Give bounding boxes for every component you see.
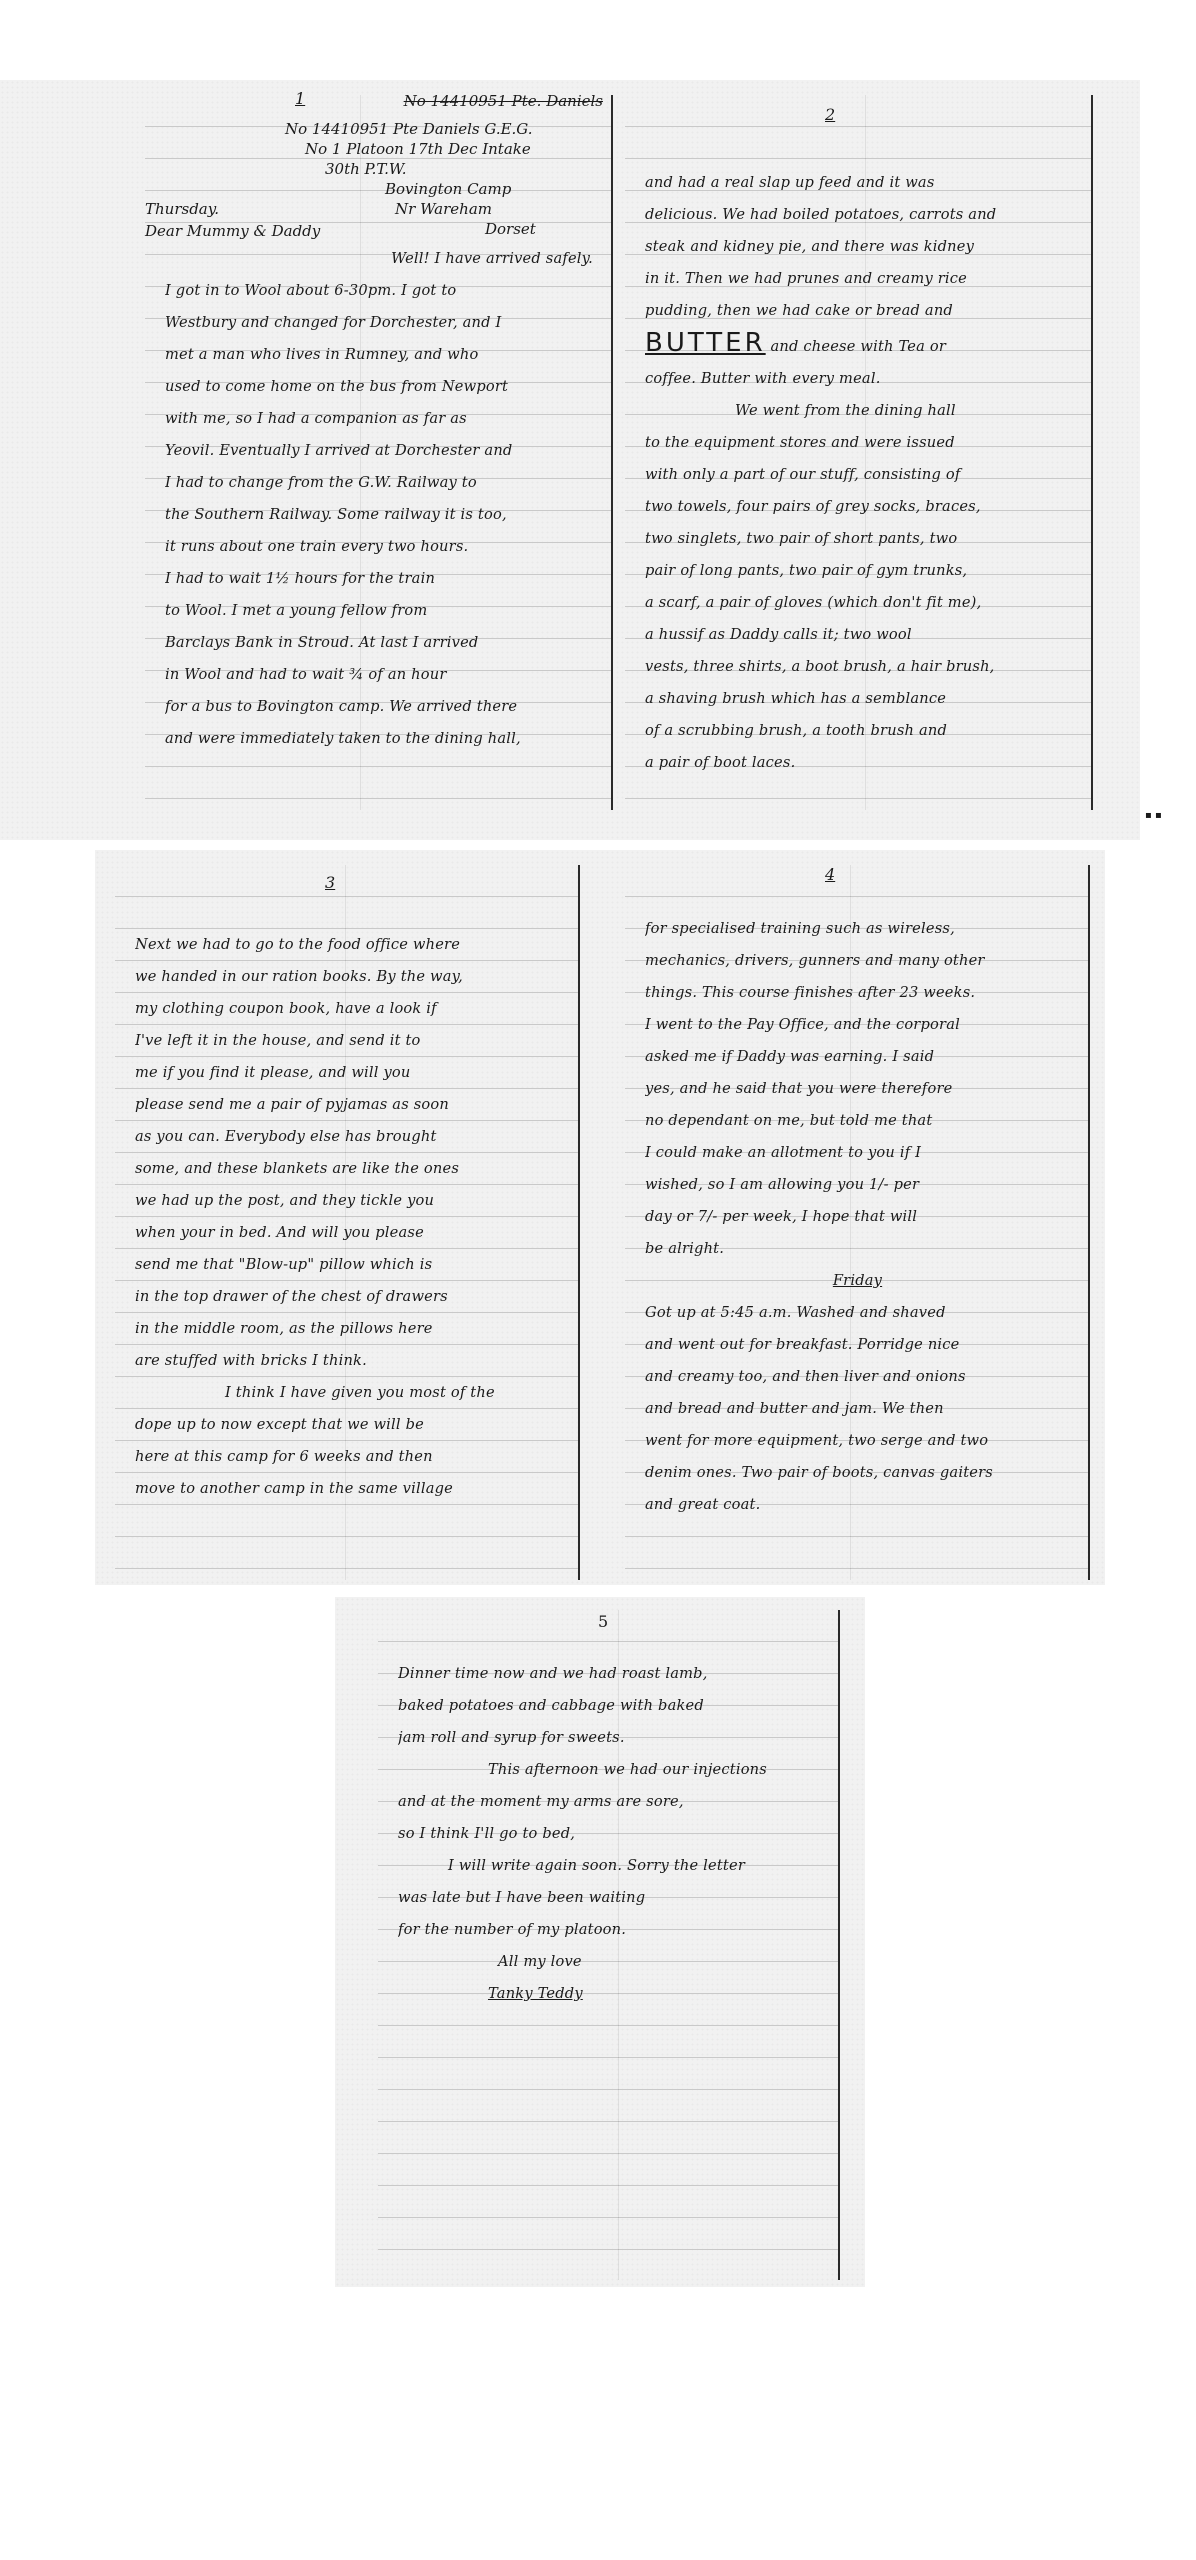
text-line: things. This course finishes after 23 we… xyxy=(645,977,1070,1009)
text-line: went for more equipment, two serge and t… xyxy=(645,1425,1070,1457)
return-address: No 14410951 Pte Daniels G.E.G. No 1 Plat… xyxy=(285,119,536,239)
text-line: for a bus to Bovington camp. We arrived … xyxy=(165,691,593,723)
text-line: I could make an allotment to you if I xyxy=(645,1137,1070,1169)
text-line: This afternoon we had our injections xyxy=(398,1754,820,1786)
text-line: in the top drawer of the chest of drawer… xyxy=(135,1281,560,1313)
text-line: Got up at 5:45 a.m. Washed and shaved xyxy=(645,1297,1070,1329)
text-line: mechanics, drivers, gunners and many oth… xyxy=(645,945,1070,977)
text-line: I got in to Wool about 6-30pm. I got to xyxy=(165,275,593,307)
text-line: and were immediately taken to the dining… xyxy=(165,723,593,755)
text-line: pudding, then we had cake or bread and xyxy=(645,295,1073,327)
text-line: for specialised training such as wireles… xyxy=(645,913,1070,945)
address-line: Dorset xyxy=(285,219,536,239)
text-line: yes, and he said that you were therefore xyxy=(645,1073,1070,1105)
address-line: No 1 Platoon 17th Dec Intake xyxy=(285,139,536,159)
letter-day: Thursday. xyxy=(145,199,219,219)
page-number: 5 xyxy=(598,1612,608,1631)
text-line: was late but I have been waiting xyxy=(398,1882,820,1914)
text-line: day or 7/- per week, I hope that will xyxy=(645,1201,1070,1233)
text-line: move to another camp in the same village xyxy=(135,1473,560,1505)
letter-page-3: 3 Next we had to go to the food office w… xyxy=(115,865,580,1580)
letter-page-2: 2 and had a real slap up feed and it was… xyxy=(625,95,1093,810)
text-line: Well! I have arrived safely. xyxy=(165,243,593,275)
text-line: we had up the post, and they tickle you xyxy=(135,1185,560,1217)
text-line: no dependant on me, but told me that xyxy=(645,1105,1070,1137)
page-2-body: and had a real slap up feed and it was d… xyxy=(645,167,1073,779)
page-edge xyxy=(578,865,580,1580)
text-line: and went out for breakfast. Porridge nic… xyxy=(645,1329,1070,1361)
text-line: steak and kidney pie, and there was kidn… xyxy=(645,231,1073,263)
text-line: baked potatoes and cabbage with baked xyxy=(398,1690,820,1722)
text-line: a hussif as Daddy calls it; two wool xyxy=(645,619,1073,651)
text-line: and had a real slap up feed and it was xyxy=(645,167,1073,199)
text-line: two singlets, two pair of short pants, t… xyxy=(645,523,1073,555)
page-number: 4 xyxy=(825,865,835,884)
text-line: I think I have given you most of the xyxy=(135,1377,560,1409)
text-line: me if you find it please, and will you xyxy=(135,1057,560,1089)
text-line: met a man who lives in Rumney, and who xyxy=(165,339,593,371)
text-line: I've left it in the house, and send it t… xyxy=(135,1025,560,1057)
text-line: Dinner time now and we had roast lamb, xyxy=(398,1658,820,1690)
text-line: delicious. We had boiled potatoes, carro… xyxy=(645,199,1073,231)
text-line: jam roll and syrup for sweets. xyxy=(398,1722,820,1754)
text-line: as you can. Everybody else has brought xyxy=(135,1121,560,1153)
text-line: of a scrubbing brush, a tooth brush and xyxy=(645,715,1073,747)
text-line: vests, three shirts, a boot brush, a hai… xyxy=(645,651,1073,683)
address-line: Nr Wareham xyxy=(285,199,536,219)
text-line: and creamy too, and then liver and onion… xyxy=(645,1361,1070,1393)
page-edge xyxy=(1091,95,1093,810)
text-line: a pair of boot laces. xyxy=(645,747,1073,779)
text-line: with only a part of our stuff, consistin… xyxy=(645,459,1073,491)
text-line: Next we had to go to the food office whe… xyxy=(135,929,560,961)
text-line: so I think I'll go to bed, xyxy=(398,1818,820,1850)
scan-speck: ▪ ▪ xyxy=(1145,810,1162,821)
text-line: a shaving brush which has a semblance xyxy=(645,683,1073,715)
text-line: two towels, four pairs of grey socks, br… xyxy=(645,491,1073,523)
text-line: my clothing coupon book, have a look if xyxy=(135,993,560,1025)
page-4-body: for specialised training such as wireles… xyxy=(645,913,1070,1521)
struck-address-line: No 14410951 Pte. Daniels xyxy=(404,91,603,111)
page-edge xyxy=(611,95,613,810)
text-line: I will write again soon. Sorry the lette… xyxy=(398,1850,820,1882)
text-line: I had to change from the G.W. Railway to xyxy=(165,467,593,499)
page-1-body: Well! I have arrived safely. I got in to… xyxy=(165,243,593,755)
text-line: be alright. xyxy=(645,1233,1070,1265)
text-line: we handed in our ration books. By the wa… xyxy=(135,961,560,993)
address-line: 30th P.T.W. xyxy=(285,159,536,179)
text-line: when your in bed. And will you please xyxy=(135,1217,560,1249)
closing: All my love xyxy=(398,1946,820,1978)
text-line: wished, so I am allowing you 1/- per xyxy=(645,1169,1070,1201)
text-line: I had to wait 1½ hours for the train xyxy=(165,563,593,595)
text-line: asked me if Daddy was earning. I said xyxy=(645,1041,1070,1073)
text-line: some, and these blankets are like the on… xyxy=(135,1153,560,1185)
text-line: Yeovil. Eventually I arrived at Dorchest… xyxy=(165,435,593,467)
butter-emphasis: BUTTER xyxy=(645,328,766,358)
text-line: with me, so I had a companion as far as xyxy=(165,403,593,435)
text-line: coffee. Butter with every meal. xyxy=(645,363,1073,395)
text-line-rest: and cheese with Tea or xyxy=(771,338,947,355)
text-line: and at the moment my arms are sore, xyxy=(398,1786,820,1818)
address-line: No 14410951 Pte Daniels G.E.G. xyxy=(285,119,536,139)
text-line: pair of long pants, two pair of gym trun… xyxy=(645,555,1073,587)
text-line: a scarf, a pair of gloves (which don't f… xyxy=(645,587,1073,619)
text-line: in the middle room, as the pillows here xyxy=(135,1313,560,1345)
text-line: Barclays Bank in Stroud. At last I arriv… xyxy=(165,627,593,659)
page-edge xyxy=(1088,865,1090,1580)
salutation: Dear Mummy & Daddy xyxy=(145,221,320,241)
text-line: to Wool. I met a young fellow from xyxy=(165,595,593,627)
signature: Tanky Teddy xyxy=(398,1978,820,2010)
page-edge xyxy=(838,1610,840,2280)
address-line: Bovington Camp xyxy=(285,179,536,199)
text-line: here at this camp for 6 weeks and then xyxy=(135,1441,560,1473)
text-line: in it. Then we had prunes and creamy ric… xyxy=(645,263,1073,295)
text-line: and great coat. xyxy=(645,1489,1070,1521)
text-line: denim ones. Two pair of boots, canvas ga… xyxy=(645,1457,1070,1489)
letter-page-5: 5 Dinner time now and we had roast lamb,… xyxy=(378,1610,840,2280)
page-3-body: Next we had to go to the food office whe… xyxy=(135,929,560,1505)
text-line: in Wool and had to wait ¾ of an hour xyxy=(165,659,593,691)
text-line: used to come home on the bus from Newpor… xyxy=(165,371,593,403)
text-line: send me that "Blow-up" pillow which is xyxy=(135,1249,560,1281)
letter-page-4: 4 for specialised training such as wirel… xyxy=(625,865,1090,1580)
text-line: dope up to now except that we will be xyxy=(135,1409,560,1441)
text-line: for the number of my platoon. xyxy=(398,1914,820,1946)
text-line: and bread and butter and jam. We then xyxy=(645,1393,1070,1425)
subheading-friday: Friday xyxy=(645,1265,1070,1297)
page-5-body: Dinner time now and we had roast lamb, b… xyxy=(398,1658,820,2010)
text-line: I went to the Pay Office, and the corpor… xyxy=(645,1009,1070,1041)
text-line-butter: BUTTER and cheese with Tea or xyxy=(645,327,1073,363)
page-number: 3 xyxy=(325,873,335,892)
page-number: 1 xyxy=(295,89,305,108)
text-line: are stuffed with bricks I think. xyxy=(135,1345,560,1377)
letter-page-1: 1 No 14410951 Pte. Daniels No 14410951 P… xyxy=(145,95,613,810)
text-line: Westbury and changed for Dorchester, and… xyxy=(165,307,593,339)
page-number: 2 xyxy=(825,105,835,124)
text-line: it runs about one train every two hours. xyxy=(165,531,593,563)
text-line: the Southern Railway. Some railway it is… xyxy=(165,499,593,531)
text-line: please send me a pair of pyjamas as soon xyxy=(135,1089,560,1121)
text-line: We went from the dining hall xyxy=(645,395,1073,427)
text-line: to the equipment stores and were issued xyxy=(645,427,1073,459)
